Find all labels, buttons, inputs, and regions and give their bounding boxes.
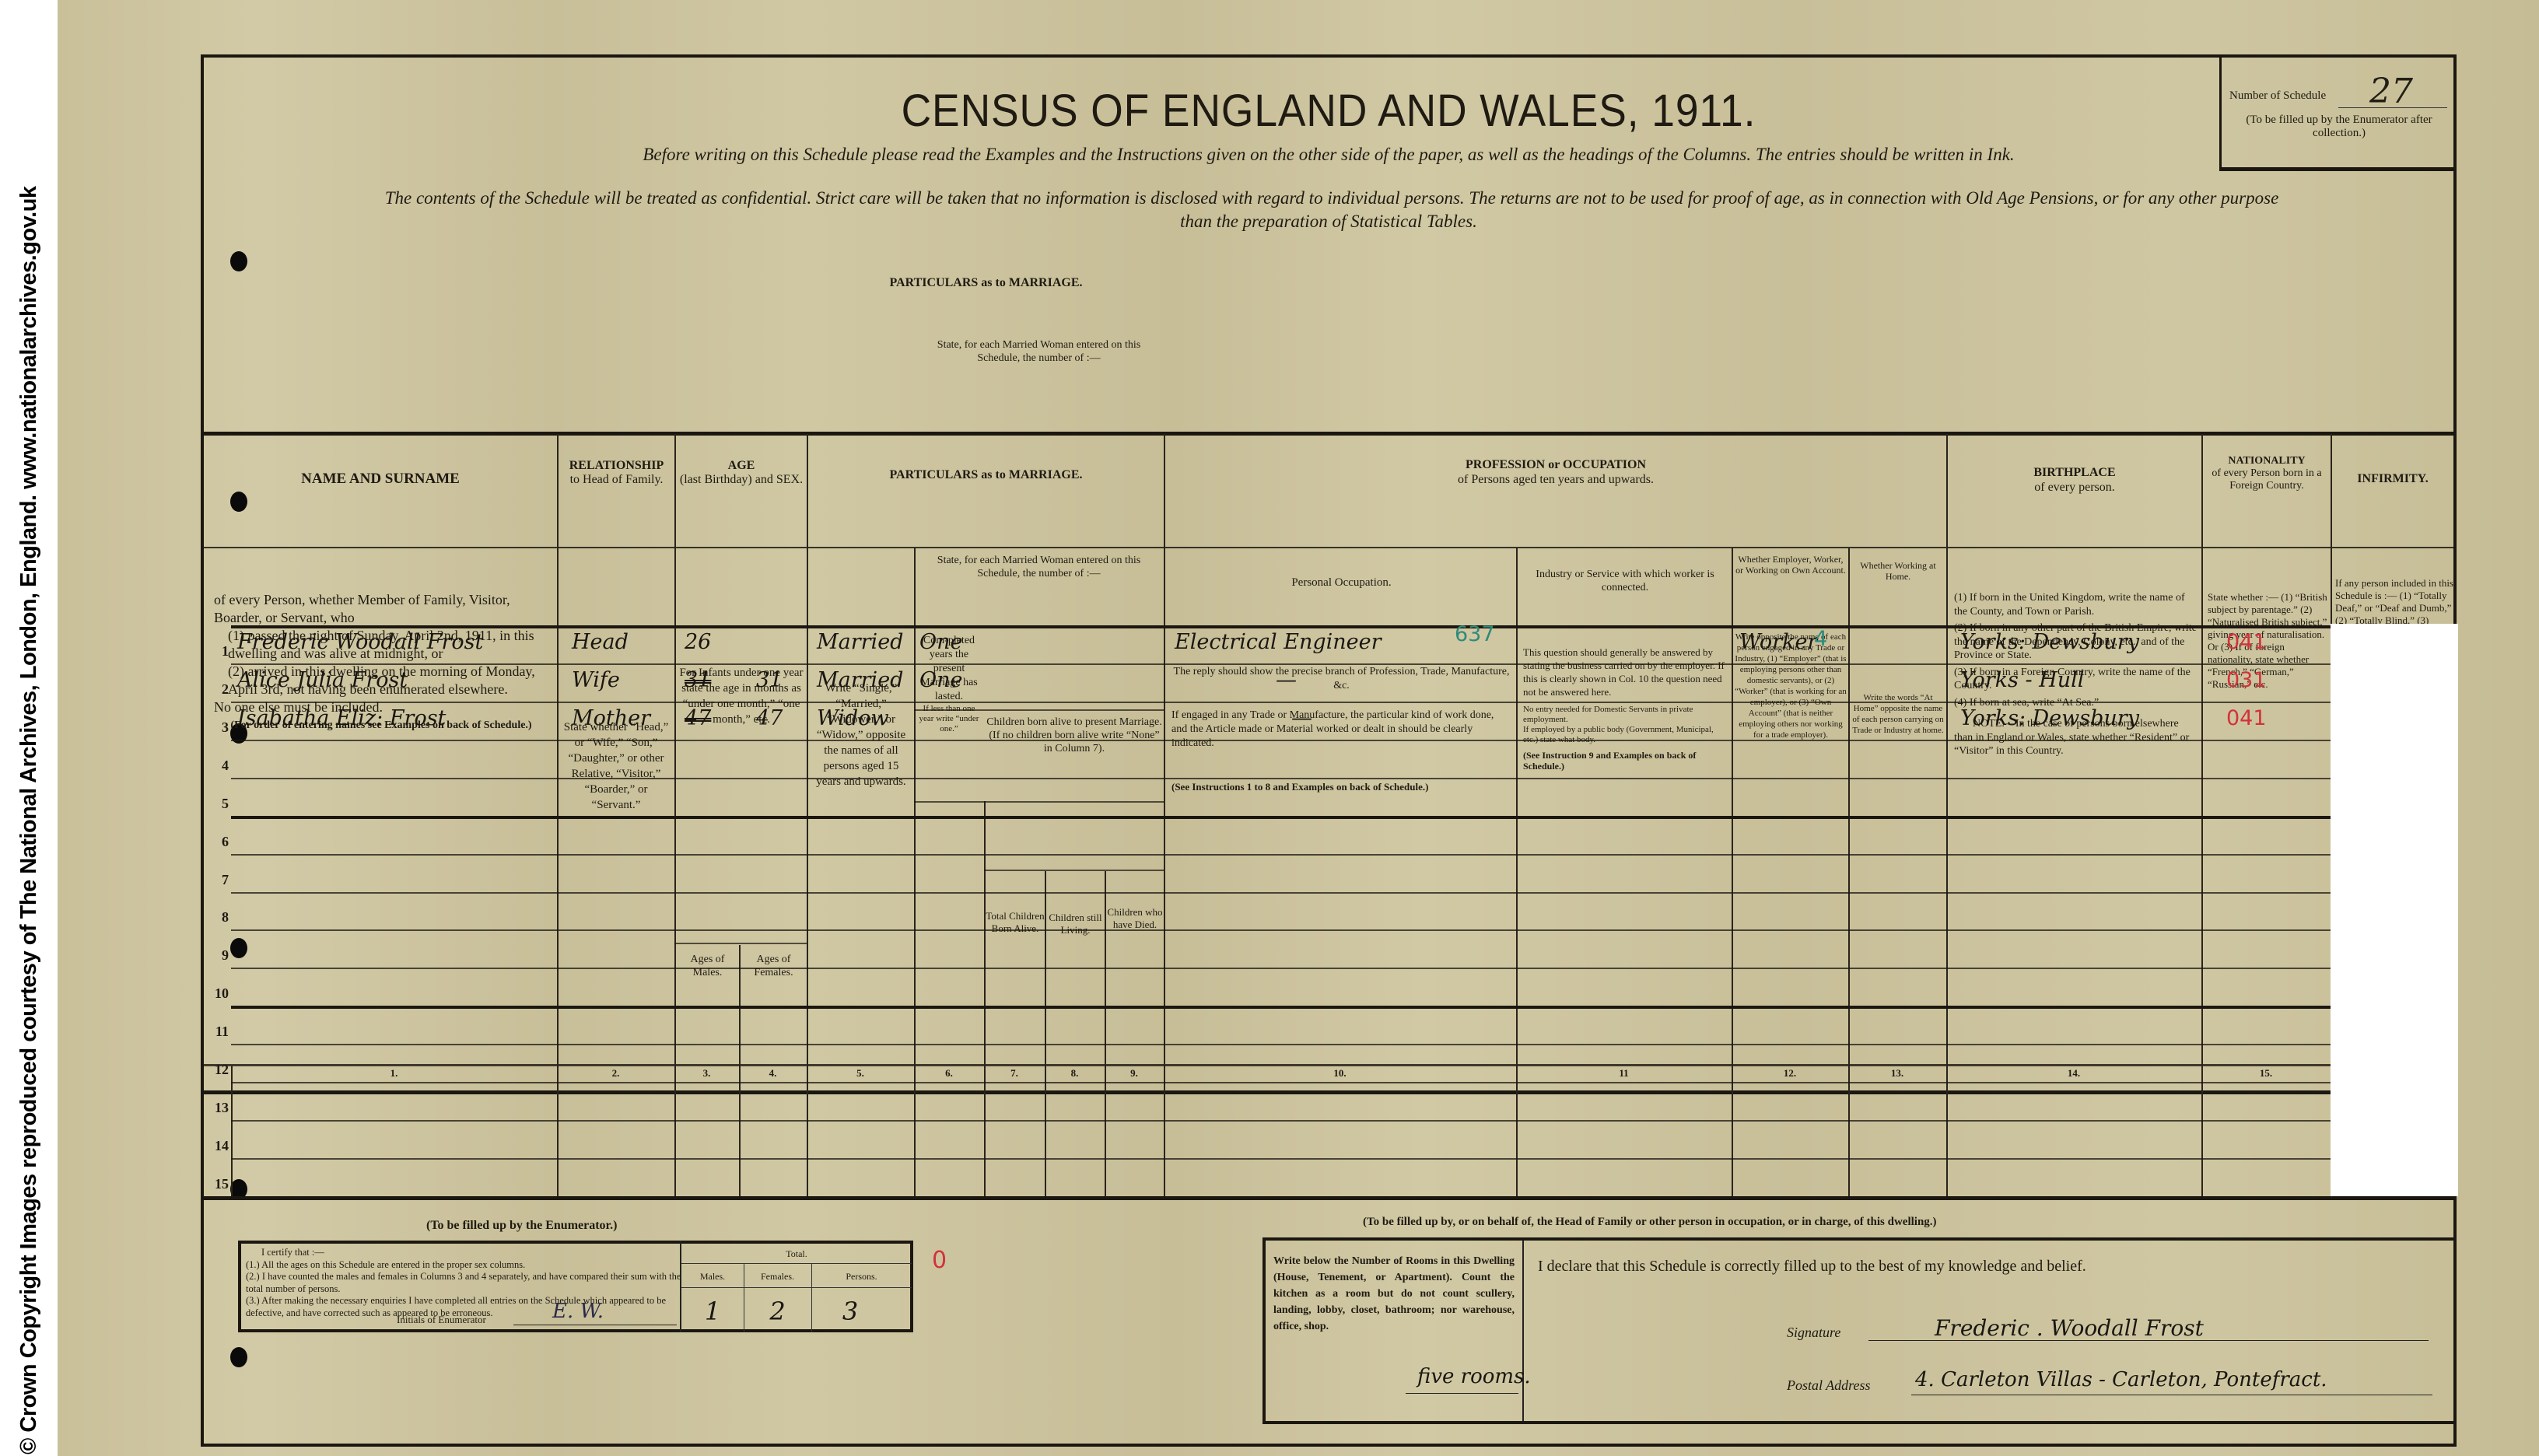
col-age-males: Ages of Males. bbox=[676, 953, 739, 979]
row-number: 4 bbox=[204, 758, 229, 774]
nationality-code: 041 bbox=[2226, 706, 2267, 730]
row-number: 12 bbox=[204, 1062, 229, 1078]
initials-label: Initials of Enumerator bbox=[397, 1314, 486, 1326]
row-number: 5 bbox=[204, 796, 229, 812]
data-top-divider bbox=[201, 1090, 2457, 1094]
postal-address-value[interactable]: 4. Carleton Villas - Carleton, Pontefrac… bbox=[1915, 1368, 2327, 1391]
col-personal-desc: The reply should show the precise branch… bbox=[1171, 665, 1511, 794]
col-number: 3. bbox=[674, 1067, 739, 1080]
total-persons[interactable]: 3 bbox=[811, 1297, 889, 1326]
schedule-number-label: Number of Schedule bbox=[2229, 89, 2326, 103]
col-number: 5. bbox=[807, 1067, 914, 1080]
cell-age-females[interactable]: 31 bbox=[756, 668, 783, 692]
confidential-line-2: than the preparation of Statistical Tabl… bbox=[204, 212, 2453, 232]
row-line bbox=[231, 1196, 2331, 1199]
cell-relationship[interactable]: Head bbox=[572, 630, 629, 654]
head-heading: (To be filled up by, or on behalf of, th… bbox=[1363, 1216, 1937, 1229]
copyright-strip: © Crown Copyright Images reproduced cour… bbox=[0, 0, 58, 1456]
head-declaration-box: Write below the Number of Rooms in this … bbox=[1262, 1237, 2457, 1424]
cell-age-males[interactable]: 47 bbox=[685, 706, 711, 730]
cell-age-males[interactable]: 31 bbox=[685, 668, 711, 692]
nationality-code: 041 bbox=[2226, 630, 2267, 654]
col-number: 6. bbox=[914, 1067, 984, 1080]
cell-birthplace[interactable]: Yorks - Hull bbox=[1960, 668, 2084, 692]
col-number: 1. bbox=[231, 1067, 557, 1080]
row-number: 15 bbox=[204, 1176, 229, 1192]
redaction-box bbox=[2331, 624, 2458, 1196]
males-label: Males. bbox=[681, 1271, 744, 1283]
col-home: Whether Working at Home. bbox=[1850, 560, 1946, 582]
copyright-text: © Crown Copyright Images reproduced cour… bbox=[16, 186, 42, 1454]
col-number: 14. bbox=[1946, 1067, 2201, 1080]
row-number: 11 bbox=[204, 1024, 229, 1040]
col-number: 9. bbox=[1105, 1067, 1164, 1080]
row-number: 2 bbox=[204, 681, 229, 698]
col-name-title: NAME AND SURNAME bbox=[204, 471, 557, 487]
cell-condition[interactable]: Married bbox=[817, 630, 903, 654]
postal-address-label: Postal Address bbox=[1787, 1377, 1871, 1394]
confidential-line: The contents of the Schedule will be tre… bbox=[219, 188, 2444, 208]
row-line bbox=[231, 854, 2331, 856]
row-number: 13 bbox=[204, 1100, 229, 1116]
declaration-text: I declare that this Schedule is correctl… bbox=[1538, 1258, 2086, 1276]
cell-name[interactable]: Frederic Woodall Frost bbox=[237, 630, 483, 654]
col-number: 11 bbox=[1516, 1067, 1732, 1080]
cell-occupation[interactable]: — bbox=[1276, 668, 1297, 692]
rooms-value[interactable]: five rooms. bbox=[1417, 1365, 1531, 1388]
enumerator-certificate: I certify that :— (1.) All the ages on t… bbox=[238, 1241, 913, 1332]
col-infirmity-heading: INFIRMITY. bbox=[2332, 471, 2453, 487]
cell-occupation[interactable]: Electrical Engineer bbox=[1175, 630, 1382, 654]
females-label: Females. bbox=[744, 1271, 811, 1283]
row-number: 1 bbox=[204, 643, 229, 660]
col-number: 4. bbox=[739, 1067, 807, 1080]
col-married-woman: State, for each Married Woman entered on… bbox=[916, 338, 1161, 365]
page-title: CENSUS OF ENGLAND AND WALES, 1911. bbox=[294, 85, 2364, 137]
cell-name[interactable]: Alice Julia Frost bbox=[237, 668, 408, 692]
row-number: 3 bbox=[204, 719, 229, 736]
col-number: 12. bbox=[1732, 1067, 1848, 1080]
cell-occupation[interactable]: — bbox=[1291, 706, 1312, 730]
signature-value[interactable]: Frederic . Woodall Frost bbox=[1935, 1315, 2204, 1341]
col-marriage-condition: Write “Single,” “Married,” “Widower,” or… bbox=[811, 681, 912, 789]
row-number: 8 bbox=[204, 909, 229, 926]
col-number: 13. bbox=[1848, 1067, 1946, 1080]
col-birthplace-heading: BIRTHPLACE of every person. bbox=[1948, 465, 2201, 495]
row-number: 9 bbox=[204, 947, 229, 964]
cell-age-females[interactable]: 47 bbox=[756, 706, 783, 730]
col-personal-occupation: Personal Occupation. bbox=[1167, 576, 1516, 590]
row-line bbox=[231, 702, 2331, 703]
header-divider bbox=[201, 432, 2457, 436]
col-marriage-heading: PARTICULARS as to MARRIAGE. bbox=[808, 275, 1164, 291]
schedule-number-note: (To be filled up by the Enumerator after… bbox=[2222, 114, 2457, 140]
row-line bbox=[231, 816, 2331, 819]
instruction-line: Before writing on this Schedule please r… bbox=[204, 145, 2453, 165]
cell-birthplace[interactable]: Yorks: Dewsbury bbox=[1960, 630, 2139, 654]
row-number: 10 bbox=[204, 985, 229, 1002]
bottom-section: (To be filled up by the Enumerator.) I c… bbox=[201, 1200, 2457, 1449]
nationality-code: 031 bbox=[2226, 668, 2267, 692]
cell-years[interactable]: One bbox=[919, 630, 963, 654]
row-line bbox=[231, 1158, 2331, 1160]
row-line bbox=[231, 1120, 2331, 1122]
cell-birthplace[interactable]: Yorks: Dewsbury bbox=[1960, 706, 2139, 730]
cell-relationship[interactable]: Mother bbox=[572, 706, 650, 730]
total-females[interactable]: 2 bbox=[744, 1297, 811, 1326]
row-line bbox=[231, 625, 2331, 628]
row-number: 6 bbox=[204, 834, 229, 850]
red-check-mark: 0 bbox=[932, 1247, 947, 1274]
col-occupation-heading: PROFESSION or OCCUPATION of Persons aged… bbox=[1165, 457, 1946, 487]
cell-name[interactable]: Isabatha Eliz: Frost bbox=[237, 706, 446, 730]
enumerator-initials[interactable]: E. W. bbox=[552, 1300, 604, 1323]
occupation-code: 637 bbox=[1455, 622, 1495, 646]
row-number: 14 bbox=[204, 1138, 229, 1154]
employer-code: 4 bbox=[1814, 627, 1827, 651]
col-nationality-heading: NATIONALITY of every Person born in a Fo… bbox=[2203, 455, 2331, 492]
col-relationship-desc: State whether “Head,” or “Wife,” “Son,” … bbox=[562, 719, 671, 813]
row-line bbox=[231, 663, 2331, 665]
cell-condition[interactable]: Widow bbox=[817, 706, 889, 730]
row-line bbox=[231, 929, 2331, 931]
col-number: 8. bbox=[1045, 1067, 1105, 1080]
row-line bbox=[231, 968, 2331, 969]
col-age-females: Ages of Females. bbox=[741, 953, 807, 979]
schedule-number-box: Number of Schedule 27 (To be filled up b… bbox=[2219, 54, 2457, 171]
row-line bbox=[231, 1082, 2331, 1083]
col-industry: Industry or Service with which worker is… bbox=[1519, 568, 1731, 594]
row-line bbox=[231, 740, 2331, 741]
col-number: 7. bbox=[984, 1067, 1045, 1080]
row-line bbox=[231, 892, 2331, 894]
col-number: 15. bbox=[2201, 1067, 2331, 1080]
row-line bbox=[231, 1044, 2331, 1045]
schedule-number-value[interactable]: 27 bbox=[2369, 72, 2413, 111]
total-label: Total. bbox=[681, 1248, 912, 1260]
persons-label: Persons. bbox=[811, 1271, 912, 1283]
col-married-woman-text: State, for each Married Woman entered on… bbox=[916, 554, 1161, 580]
col-age-title: AGE (last Birthday) and SEX. bbox=[676, 459, 807, 487]
cell-condition[interactable]: Married bbox=[817, 668, 903, 692]
col-relationship-title: RELATIONSHIP to Head of Family. bbox=[559, 459, 674, 487]
col-marriage-title-text: PARTICULARS as to MARRIAGE. bbox=[808, 467, 1164, 483]
row-line bbox=[231, 778, 2331, 779]
cell-relationship[interactable]: Wife bbox=[572, 668, 620, 692]
rooms-instructions: Write below the Number of Rooms in this … bbox=[1273, 1253, 1515, 1335]
col-home-desc: Write the words “At Home” opposite the n… bbox=[1851, 692, 1945, 736]
col-children-living: Children still Living. bbox=[1046, 912, 1105, 936]
cell-age-males[interactable]: 26 bbox=[685, 630, 711, 654]
col-children-text: Children born alive to present Marriage.… bbox=[986, 716, 1162, 755]
row-line bbox=[231, 1006, 2331, 1009]
cell-employer[interactable]: Worker bbox=[1739, 630, 1817, 654]
row-number: 7 bbox=[204, 872, 229, 888]
cell-years[interactable]: One bbox=[919, 668, 963, 692]
col-children-died: Children who have Died. bbox=[1106, 906, 1164, 930]
col-employer: Whether Employer, Worker, or Working on … bbox=[1733, 554, 1848, 576]
col-number: 2. bbox=[557, 1067, 674, 1080]
col-number: 10. bbox=[1164, 1067, 1516, 1080]
total-males[interactable]: 1 bbox=[681, 1297, 744, 1326]
enumerator-heading: (To be filled up by the Enumerator.) bbox=[426, 1219, 618, 1233]
signature-label: Signature bbox=[1787, 1325, 1840, 1341]
